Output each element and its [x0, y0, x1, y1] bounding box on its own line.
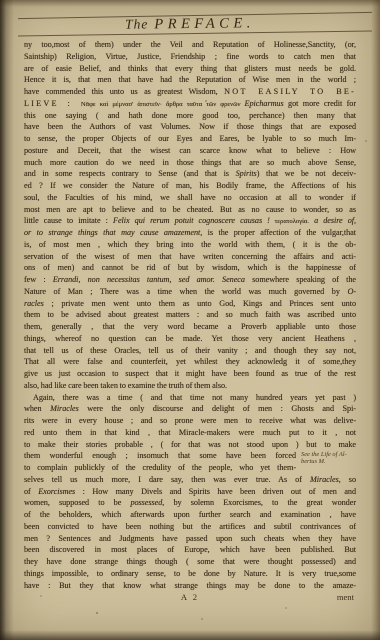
text-line: servation of the wisest of men that have…	[24, 251, 356, 263]
text-line: little cause to imitate : Felix qui reru…	[24, 215, 356, 227]
margin-note: See the Life of Al- bertus M.	[301, 451, 365, 466]
text-line: have been the Authors of vast Volumes. N…	[24, 121, 356, 133]
text-line: them to be advised about greatest matter…	[24, 309, 356, 321]
page-title-main: PREFACE.	[154, 15, 255, 32]
page-footer: A 2 ment	[24, 592, 356, 605]
text-line: things impossible, to ordinary sense, to…	[24, 568, 356, 580]
page-edge-right	[371, 0, 380, 640]
text-line: when Miracles were the only discourse an…	[24, 403, 356, 415]
signature-mark: A 2	[24, 592, 356, 602]
page-title-prefix: The	[125, 16, 148, 31]
text-line: few : Errandi, non necessitas tantum, se…	[24, 274, 356, 286]
text-line: women, supposed to be possessed, by sole…	[24, 497, 356, 509]
text-line: ny too,most of them) under the Veil and …	[24, 39, 356, 51]
text-line: most men are apt to believe and to be ch…	[24, 204, 356, 216]
text-line: to complain publickly of the credulity o…	[24, 462, 296, 474]
text-line: rits were in every house ; and so prone …	[24, 415, 356, 427]
text-line: been discovered in most places of Europe…	[24, 544, 356, 556]
margin-note-line: bertus M.	[301, 458, 365, 465]
page-edge-top	[0, 0, 380, 7]
text-line: have commended this unto us as greatest …	[24, 86, 356, 98]
catchword: ment	[337, 592, 354, 602]
text-line: Again, there was a time ( and that time …	[24, 392, 356, 404]
margin-note-line: See the Life of Al-	[301, 451, 365, 458]
text-line: of the beholders, which afterwards upon …	[24, 509, 356, 521]
text-line: them, generally , that the very word bec…	[24, 321, 356, 333]
text-line: or to strange things that may cause amaz…	[24, 227, 356, 239]
book-page-scan: ThePREFACE. ny too,most of them) under t…	[0, 0, 380, 640]
text-line: racles ; private men went unto them as u…	[24, 298, 356, 310]
text-line: to sense, the proper Objects of our Eyes…	[24, 133, 356, 145]
text-line: to make their stories probable , ( for t…	[24, 439, 356, 451]
body-text: ny too,most of them) under the Veil and …	[24, 39, 356, 591]
text-line: is, of most men , which they bring into …	[24, 239, 356, 251]
text-line: give us just occasion to suspect that it…	[24, 368, 356, 380]
text-line: Hence it is, that men that have had the …	[24, 74, 356, 86]
text-line: much more caution do we need in those th…	[24, 157, 356, 169]
text-line: them wonderful enough ; insomuch that so…	[24, 450, 296, 462]
text-line: LIEVE : Νᾶφε καὶ μέμνασ' ἀπιστεῖν· ἄρθρα…	[24, 98, 356, 110]
text-line: have : But they that know what strange t…	[24, 580, 356, 592]
text-line: soul, the Faculties of his mind, we shal…	[24, 192, 356, 204]
text-line: red unto them in that kind , that Miracl…	[24, 427, 356, 439]
text-line: Saintship) Religion, Virtue, Justice, Fr…	[24, 51, 356, 63]
text-line: of Exorcismes : How many Divels and Spir…	[24, 486, 356, 498]
text-line: ed ? If we consider the Nature of man, h…	[24, 180, 356, 192]
text-line: that tell us of these Oracles, tell us o…	[24, 345, 356, 357]
text-line: they have done strange things though ( s…	[24, 556, 356, 568]
text-line: men ? Sentences and Judgments have passe…	[24, 533, 356, 545]
text-line: selves tell us much more, I dare say, th…	[24, 474, 356, 486]
text-line: Nature of Man ; There was a time when th…	[24, 286, 356, 298]
text-line: and in some respects contrary to Sense (…	[24, 168, 356, 180]
text-line: things, whereof no question can be made.…	[24, 333, 356, 345]
text-line: ons of men) and cannot be rid of but by …	[24, 262, 356, 274]
text-line: also, had like care been taken to examin…	[24, 380, 356, 392]
text-line: posture and Deceit, that the wisest can …	[24, 145, 356, 157]
text-line: are of easie Belief, and thinks that eve…	[24, 63, 356, 75]
text-line: been convicted to have been nothing but …	[24, 521, 356, 533]
text-line: this one saying ( and hath done more goo…	[24, 110, 356, 122]
text-line: That all were false and counterfeit, yet…	[24, 356, 356, 368]
